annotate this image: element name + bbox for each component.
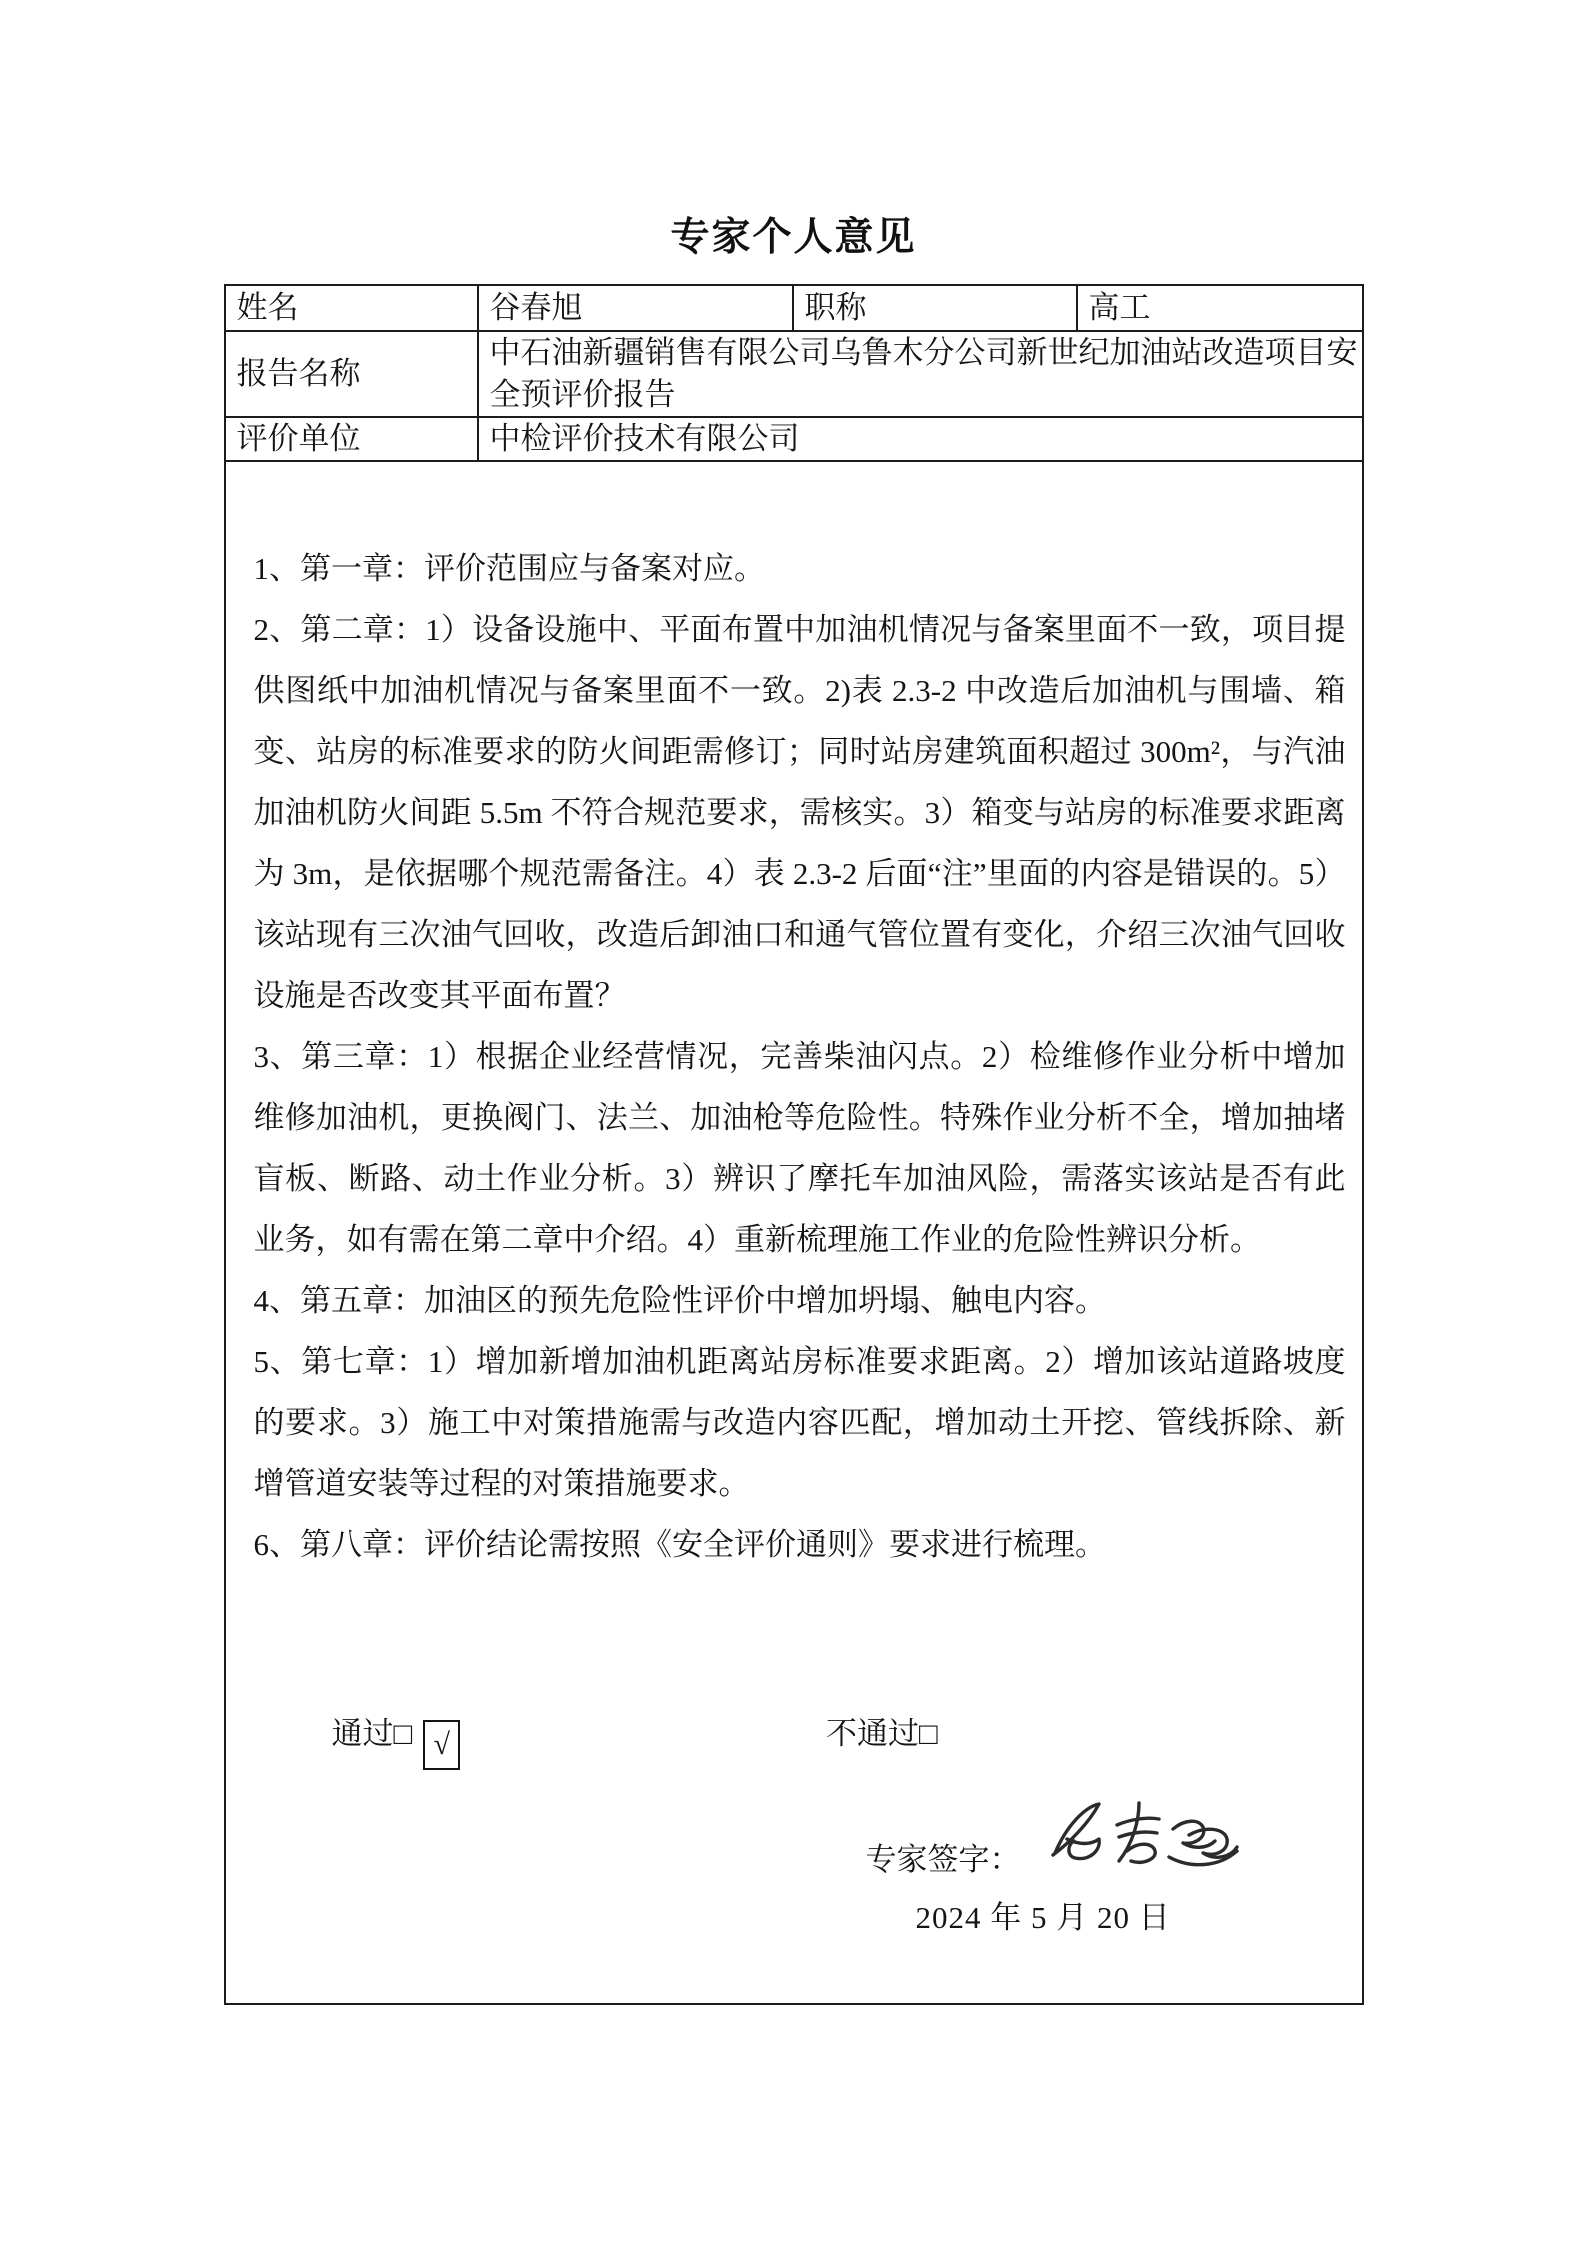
page-title: 专家个人意见: [0, 0, 1587, 262]
signature-date: 2024 年 5 月 20 日: [226, 1898, 1362, 1938]
fail-label: 不通过: [826, 1716, 919, 1751]
table-row: 姓名 谷春旭 职称 高工: [225, 285, 1363, 331]
opinion-paragraph-5: 5、第七章：1）增加新增加油机距离站房标准要求距离。2）增加该站道路坡度的要求。…: [254, 1331, 1346, 1514]
opinion-body-cell: 1、第一章：评价范围应与备案对应。 2、第二章：1）设备设施中、平面布置中加油机…: [225, 461, 1363, 2004]
job-title-value-cell: 高工: [1077, 285, 1363, 331]
checkmark-glyph: √: [434, 1714, 450, 1776]
opinion-paragraph-4: 4、第五章：加油区的预先危险性评价中增加坍塌、触电内容。: [254, 1270, 1346, 1331]
table-row: 1、第一章：评价范围应与备案对应。 2、第二章：1）设备设施中、平面布置中加油机…: [225, 461, 1363, 2004]
pass-checkmark-box[interactable]: √: [423, 1720, 460, 1770]
name-label-cell: 姓名: [225, 285, 478, 331]
opinion-paragraph-6: 6、第八章：评价结论需按照《安全评价通则》要求进行梳理。: [254, 1514, 1346, 1575]
opinion-paragraph-3: 3、第三章：1）根据企业经营情况，完善柴油闪点。2）检维修作业分析中增加维修加油…: [254, 1026, 1346, 1270]
expert-opinion-table: 姓名 谷春旭 职称 高工 报告名称 中石油新疆销售有限公司乌鲁木分公司新世纪加油…: [224, 284, 1364, 2005]
table-row: 评价单位 中检评价技术有限公司: [225, 417, 1363, 461]
pass-checkbox[interactable]: □: [394, 1716, 413, 1751]
signature-image: [1041, 1795, 1241, 1880]
pass-label: 通过: [332, 1716, 394, 1751]
opinion-paragraph-2: 2、第二章：1）设备设施中、平面布置中加油机情况与备案里面不一致，项目提供图纸中…: [254, 599, 1346, 1026]
pass-option: 通过□√: [332, 1716, 468, 1751]
evaluation-unit-value-cell: 中检评价技术有限公司: [478, 417, 1363, 461]
report-name-label-cell: 报告名称: [225, 331, 478, 417]
opinion-paragraph-1: 1、第一章：评价范围应与备案对应。: [254, 538, 1346, 599]
fail-option: 不通过□: [826, 1716, 938, 1751]
name-value-cell: 谷春旭: [478, 285, 793, 331]
job-title-label-cell: 职称: [793, 285, 1077, 331]
document-page: 专家个人意见 姓名 谷春旭 职称 高工 报告名称 中石油新疆销售有限公司乌鲁木分…: [0, 0, 1587, 2245]
expert-signature-label: 专家签字：: [866, 1838, 1021, 1882]
report-name-value-cell: 中石油新疆销售有限公司乌鲁木分公司新世纪加油站改造项目安全预评价报告: [478, 331, 1363, 417]
approval-row: 通过□√ 不通过□: [226, 1703, 1362, 1770]
evaluation-unit-label-cell: 评价单位: [225, 417, 478, 461]
fail-checkbox[interactable]: □: [919, 1716, 938, 1751]
opinion-paragraphs: 1、第一章：评价范围应与备案对应。 2、第二章：1）设备设施中、平面布置中加油机…: [226, 528, 1362, 1575]
table-row: 报告名称 中石油新疆销售有限公司乌鲁木分公司新世纪加油站改造项目安全预评价报告: [225, 331, 1363, 417]
signature-row: 专家签字：: [226, 1796, 1362, 1882]
